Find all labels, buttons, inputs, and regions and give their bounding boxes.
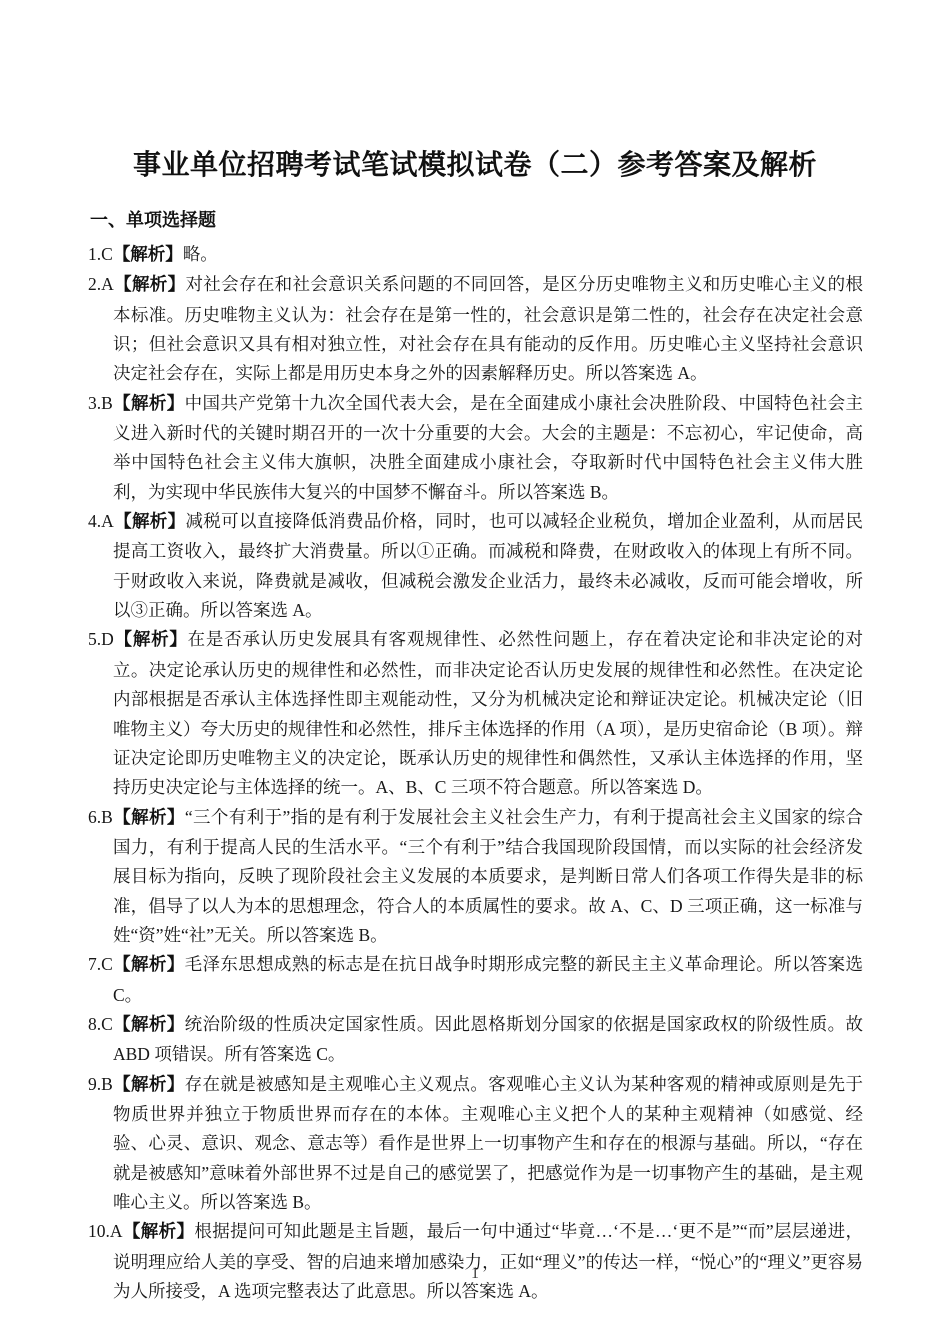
answer-item: 10.A【解析】根据提问可知此题是主旨题，最后一句中通过“毕竟…‘不是…‘更不是… — [88, 1217, 863, 1306]
analysis-label: 【解析】 — [113, 394, 185, 414]
document-title: 事业单位招聘考试笔试模拟试卷（二）参考答案及解析 — [0, 0, 950, 183]
analysis-label: 【解析】 — [114, 512, 186, 532]
analysis-text: 毛泽东思想成熟的标志是在抗日战争时期形成完整的新民主主义革命理论。所以答案选 C… — [113, 954, 863, 1004]
analysis-label: 【解析】 — [113, 1075, 185, 1095]
analysis-text: 中国共产党第十九次全国代表大会，是在全面建成小康社会决胜阶段、中国特色社会主义进… — [113, 393, 863, 502]
item-number: 7.C — [88, 954, 113, 974]
analysis-text: 对社会存在和社会意识关系问题的不同回答，是区分历史唯物主义和历史唯心主义的根本标… — [113, 274, 863, 383]
analysis-text: 在是否承认历史发展具有客观规律性、必然性问题上，存在着决定论和非决定论的对立。决… — [113, 629, 863, 797]
answer-item: 6.B【解析】“三个有利于”指的是有利于发展社会主义社会生产力，有利于提高社会主… — [88, 803, 863, 951]
analysis-text: 统治阶级的性质决定国家性质。因此恩格斯划分国家的依据是国家政权的阶级性质。故 A… — [113, 1014, 863, 1064]
analysis-text: 存在就是被感知是主观唯心主义观点。客观唯心主义认为某种客观的精神或原则是先于物质… — [113, 1074, 863, 1212]
analysis-text: 略。 — [183, 244, 218, 264]
item-number: 4.A — [88, 511, 114, 531]
item-number: 10.A — [88, 1221, 123, 1241]
answer-item: 7.C【解析】毛泽东思想成熟的标志是在抗日战争时期形成完整的新民主主义革命理论。… — [88, 950, 863, 1010]
analysis-label: 【解析】 — [113, 1015, 185, 1035]
analysis-label: 【解析】 — [114, 275, 186, 295]
document-page: 事业单位招聘考试笔试模拟试卷（二）参考答案及解析 一、单项选择题 1.C【解析】… — [0, 0, 950, 1344]
item-number: 2.A — [88, 274, 114, 294]
answer-item: 8.C【解析】统治阶级的性质决定国家性质。因此恩格斯划分国家的依据是国家政权的阶… — [88, 1010, 863, 1070]
item-number: 8.C — [88, 1014, 113, 1034]
section-heading: 一、单项选择题 — [0, 183, 950, 232]
answer-item: 1.C【解析】略。 — [88, 240, 863, 270]
answer-item: 2.A【解析】对社会存在和社会意识关系问题的不同回答，是区分历史唯物主义和历史唯… — [88, 270, 863, 388]
item-number: 9.B — [88, 1074, 113, 1094]
page-number: 1 — [0, 1264, 950, 1284]
item-number: 5.D — [88, 629, 114, 649]
analysis-label: 【解析】 — [113, 955, 185, 975]
analysis-text: 减税可以直接降低消费品价格，同时，也可以减轻企业税负，增加企业盈利，从而居民提高… — [113, 511, 863, 620]
item-number: 6.B — [88, 807, 113, 827]
item-number: 3.B — [88, 393, 113, 413]
answer-item: 3.B【解析】中国共产党第十九次全国代表大会，是在全面建成小康社会决胜阶段、中国… — [88, 389, 863, 507]
answer-item: 5.D【解析】在是否承认历史发展具有客观规律性、必然性问题上，存在着决定论和非决… — [88, 625, 863, 802]
analysis-label: 【解析】 — [113, 808, 185, 828]
answer-item: 4.A【解析】减税可以直接降低消费品价格，同时，也可以减轻企业税负，增加企业盈利… — [88, 507, 863, 625]
analysis-label: 【解析】 — [113, 245, 183, 265]
analysis-label: 【解析】 — [123, 1222, 195, 1242]
item-number: 1.C — [88, 244, 113, 264]
analysis-text: 根据提问可知此题是主旨题，最后一句中通过“毕竟…‘不是…‘更不是”“而”层层递进… — [113, 1221, 863, 1301]
analysis-label: 【解析】 — [114, 630, 188, 650]
analysis-text: “三个有利于”指的是有利于发展社会主义社会生产力，有利于提高社会主义国家的综合国… — [113, 807, 863, 945]
answer-item: 9.B【解析】存在就是被感知是主观唯心主义观点。客观唯心主义认为某种客观的精神或… — [88, 1070, 863, 1218]
answer-list: 1.C【解析】略。 2.A【解析】对社会存在和社会意识关系问题的不同回答，是区分… — [0, 232, 950, 1306]
